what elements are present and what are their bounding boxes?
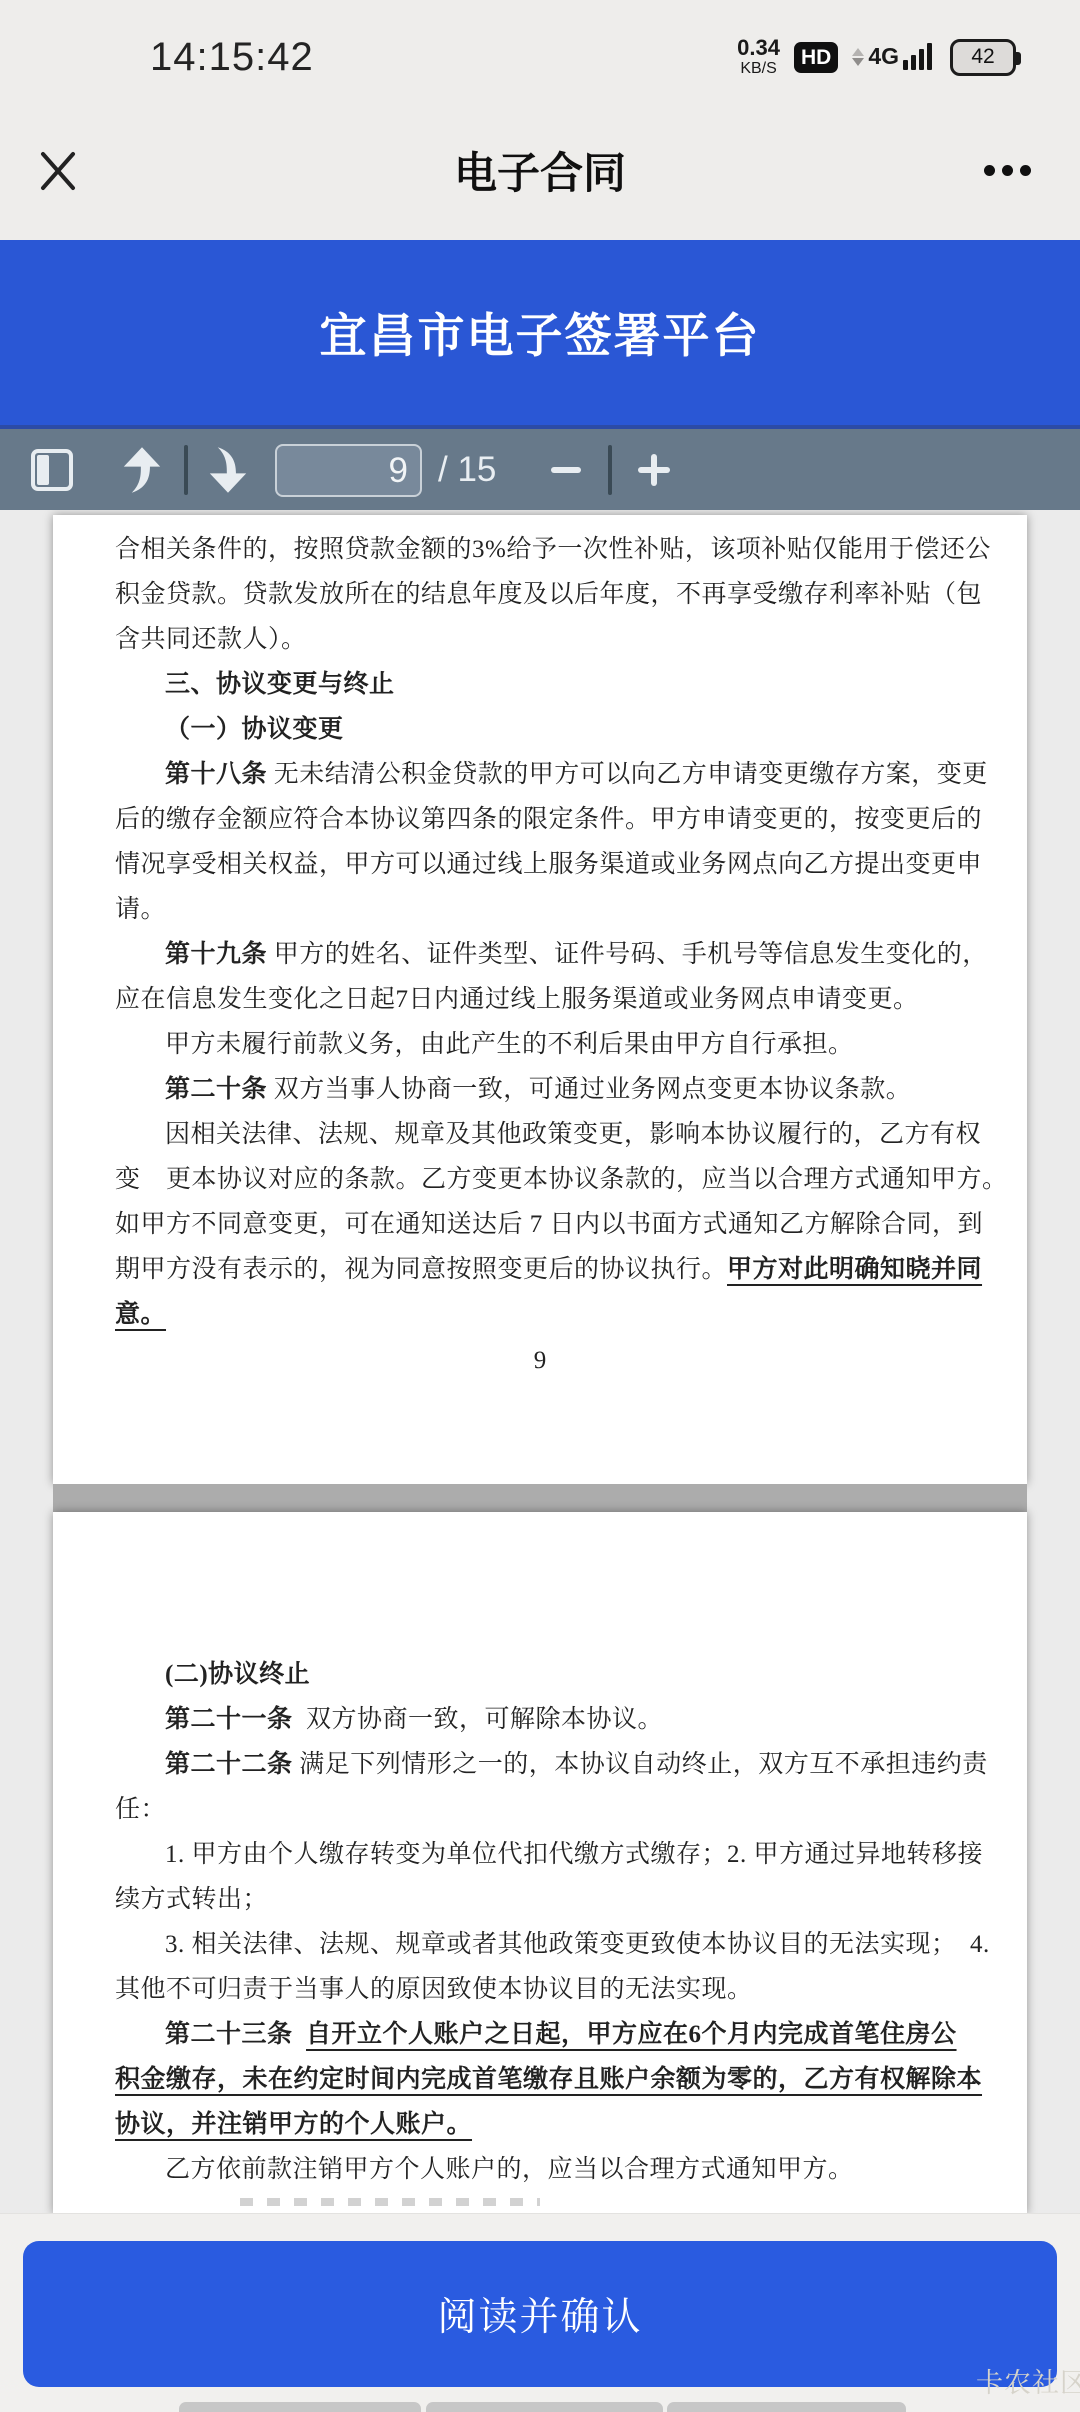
- zoom-out-button[interactable]: [538, 429, 594, 510]
- sidebar-toggle-button[interactable]: [26, 429, 78, 510]
- pdf-page-9: 合相关条件的，按照贷款金额的3%给予一次性补贴，该项补贴仅能用于偿还公积金贷款。…: [53, 515, 1027, 1484]
- document-line: 三、协议变更与终止: [115, 662, 965, 707]
- page-down-icon: [205, 445, 251, 495]
- read-and-confirm-button[interactable]: 阅读并确认: [23, 2241, 1057, 2387]
- document-line: 因相关法律、法规、规章及其他政策变更，影响本协议履行的，乙方有权: [115, 1112, 965, 1157]
- document-line: 期甲方没有表示的，视为同意按照变更后的协议执行。甲方对此明确知晓并同: [115, 1247, 965, 1292]
- document-line: 第二十二条 满足下列情形之一的，本协议自动终止，双方互不承担违约责: [115, 1742, 965, 1787]
- page-9-text: 合相关条件的，按照贷款金额的3%给予一次性补贴，该项补贴仅能用于偿还公积金贷款。…: [115, 527, 965, 1337]
- footer-bar: 阅读并确认 卡农社区: [0, 2213, 1080, 2412]
- screen: 14:15:42 0.34 KB/S HD 4G 42 电子合同: [0, 0, 1080, 2412]
- document-line: 应在信息发生变化之日起7日内通过线上服务渠道或业务网点申请变更。: [115, 977, 965, 1022]
- document-line: 甲方未履行前款义务，由此产生的不利后果由甲方自行承担。: [115, 1022, 965, 1067]
- pdf-page-10: (二)协议终止第二十一条 双方协商一致，可解除本协议。第二十二条 满足下列情形之…: [53, 1512, 1027, 2213]
- more-menu-button[interactable]: [972, 140, 1042, 200]
- document-line: 意。: [115, 1292, 965, 1337]
- document-line: 合相关条件的，按照贷款金额的3%给予一次性补贴，该项补贴仅能用于偿还公: [115, 527, 965, 572]
- toolbar-divider: [608, 445, 612, 495]
- pdf-toolbar: / 15: [0, 425, 1080, 510]
- status-icons: 0.34 KB/S HD 4G 42: [737, 37, 1016, 77]
- bottom-sheet-edge: [0, 2402, 1080, 2412]
- hd-voice-icon: HD: [794, 42, 838, 73]
- page-9-footer-number: 9: [115, 1341, 965, 1381]
- document-line: 积金贷款。贷款发放所在的结息年度及以后年度，不再享受缴存利率补贴（包: [115, 572, 965, 617]
- document-line: (二)协议终止: [115, 1652, 965, 1697]
- bottom-bar: [667, 2402, 906, 2412]
- document-line: 第二十条 双方当事人协商一致，可通过业务网点变更本协议条款。: [115, 1067, 965, 1112]
- zoom-in-button[interactable]: [626, 429, 682, 510]
- next-page-button[interactable]: [198, 429, 258, 510]
- document-line: 协议，并注销甲方的个人账户。: [115, 2102, 965, 2147]
- document-line: 第十九条 甲方的姓名、证件类型、证件号码、手机号等信息发生变化的，: [115, 932, 965, 977]
- document-line: 情况享受相关权益，甲方可以通过线上服务渠道或业务网点向乙方提出变更申: [115, 842, 965, 887]
- bottom-bar: [179, 2402, 421, 2412]
- page-gap: [53, 1484, 1027, 1512]
- data-activity-icon: [852, 48, 864, 66]
- status-bar: 14:15:42 0.34 KB/S HD 4G 42: [0, 0, 1080, 100]
- clipped-text-line: [240, 2198, 540, 2206]
- document-line: 续方式转出；: [115, 1877, 965, 1922]
- signal-strength-icon: [903, 42, 932, 70]
- toolbar-divider: [184, 445, 188, 495]
- document-line: 含共同还款人）。: [115, 617, 965, 662]
- document-line: 后的缴存金额应符合本协议第四条的限定条件。甲方申请变更的，按变更后的: [115, 797, 965, 842]
- network-speed-unit: KB/S: [740, 61, 776, 77]
- page-up-icon: [119, 445, 165, 495]
- network-speed-value: 0.34: [737, 37, 780, 59]
- page-title: 电子合同: [0, 100, 1080, 240]
- clock: 14:15:42: [150, 35, 314, 80]
- document-line: 如甲方不同意变更，可在通知送达后 7 日内以书面方式通知乙方解除合同，到: [115, 1202, 965, 1247]
- document-line: 第二十三条 自开立个人账户之日起，甲方应在6个月内完成首笔住房公: [115, 2012, 965, 2057]
- more-dots-icon: [984, 165, 995, 176]
- battery-icon: 42: [950, 39, 1016, 76]
- document-line: 请。: [115, 887, 965, 932]
- cellular-cluster: 4G: [852, 42, 932, 72]
- document-line: 乙方依前款注销甲方个人账户的，应当以合理方式通知甲方。: [115, 2147, 965, 2192]
- page-number-input[interactable]: [275, 444, 422, 497]
- document-line: 第二十一条 双方协商一致，可解除本协议。: [115, 1697, 965, 1742]
- platform-banner: 宜昌市电子签署平台: [0, 240, 1080, 425]
- platform-banner-title: 宜昌市电子签署平台: [320, 299, 761, 366]
- document-line: （一）协议变更: [115, 707, 965, 752]
- page-10-text: (二)协议终止第二十一条 双方协商一致，可解除本协议。第二十二条 满足下列情形之…: [115, 1652, 965, 2192]
- network-type-label: 4G: [868, 43, 899, 70]
- bottom-bar: [426, 2402, 663, 2412]
- document-line: 变 更本协议对应的条款。乙方变更本协议条款的，应当以合理方式通知甲方。: [115, 1157, 965, 1202]
- document-line: 1. 甲方由个人缴存转变为单位代扣代缴方式缴存；2. 甲方通过异地转移接: [115, 1832, 965, 1877]
- document-line: 任：: [115, 1787, 965, 1832]
- document-line: 3. 相关法律、法规、规章或者其他政策变更致使本协议目的无法实现； 4.: [115, 1922, 965, 1967]
- minus-icon: [551, 467, 581, 473]
- document-line: 其他不可归责于当事人的原因致使本协议目的无法实现。: [115, 1967, 965, 2012]
- pdf-viewer-scroll-area[interactable]: 合相关条件的，按照贷款金额的3%给予一次性补贴，该项补贴仅能用于偿还公积金贷款。…: [0, 510, 1080, 2213]
- watermark-label: 卡农社区: [976, 2361, 1080, 2400]
- document-line: 第十八条 无未结清公积金贷款的甲方可以向乙方申请变更缴存方案，变更: [115, 752, 965, 797]
- nav-bar: 电子合同: [0, 100, 1080, 240]
- document-line: 积金缴存，未在约定时间内完成首笔缴存且账户余额为零的，乙方有权解除本: [115, 2057, 965, 2102]
- sidebar-toggle-icon: [31, 449, 73, 491]
- plus-icon: [638, 454, 670, 486]
- network-speed-indicator: 0.34 KB/S: [737, 37, 780, 77]
- page-count-label: / 15: [438, 429, 496, 510]
- previous-page-button[interactable]: [112, 429, 172, 510]
